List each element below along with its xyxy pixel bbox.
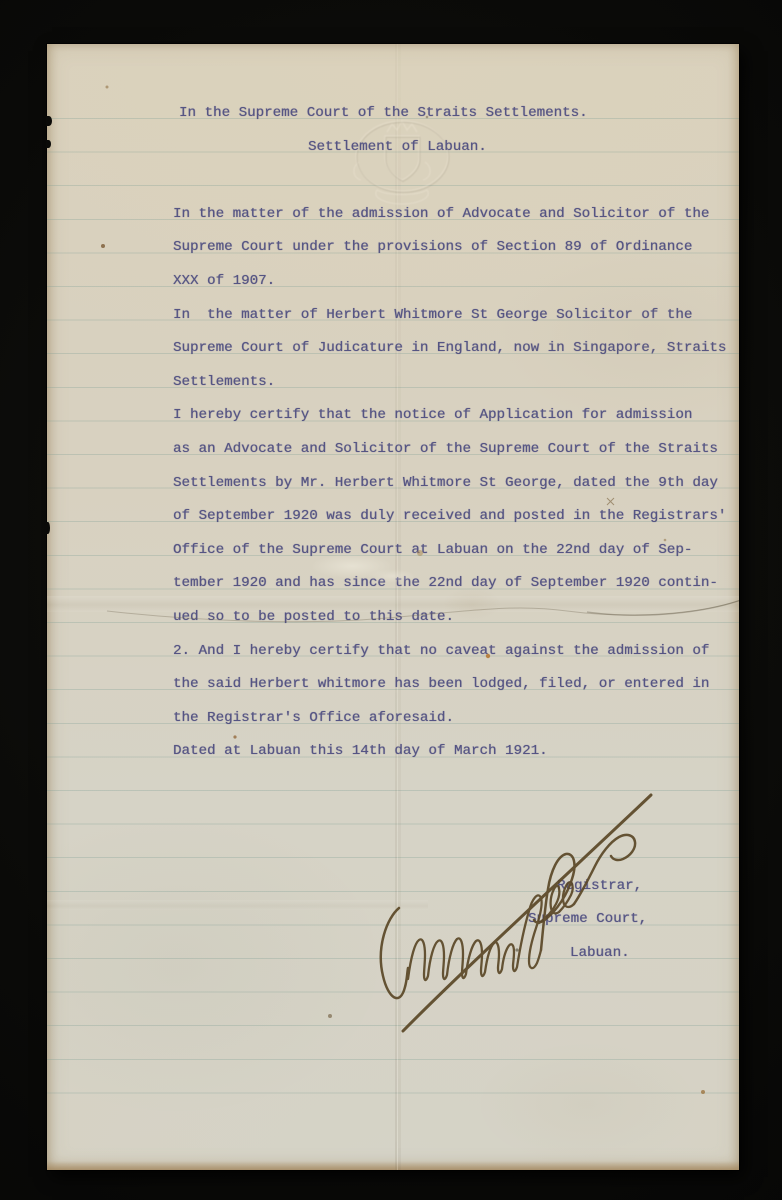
typed-line-body: In the matter of the admission of Advoca… xyxy=(173,207,709,221)
typed-line-body: 2. And I hereby certify that no caveat a… xyxy=(173,644,709,658)
typed-line-body: as an Advocate and Solicitor of the Supr… xyxy=(173,442,718,456)
typed-line-heading: Settlement of Labuan. xyxy=(308,140,487,154)
typed-line-body: the Registrar's Office aforesaid. xyxy=(173,711,454,725)
typed-line-body: ued so to be posted to this date. xyxy=(173,610,454,624)
document-page: In the Supreme Court of the Straits Sett… xyxy=(47,44,739,1170)
typed-line-body: In the matter of Herbert Whitmore St Geo… xyxy=(173,308,692,322)
typed-line-signature_block: Registrar, xyxy=(557,879,642,893)
typed-text-layer: In the Supreme Court of the Straits Sett… xyxy=(47,44,739,1170)
typed-line-signature_block: Supreme Court, xyxy=(528,912,647,926)
typed-line-body: Supreme Court under the provisions of Se… xyxy=(173,240,692,254)
typed-line-body: of September 1920 was duly received and … xyxy=(173,509,726,523)
typed-line-body: tember 1920 and has since the 22nd day o… xyxy=(173,576,718,590)
typed-line-signature_block: Labuan. xyxy=(570,946,630,960)
typed-line-body: XXX of 1907. xyxy=(173,274,275,288)
typed-line-body: I hereby certify that the notice of Appl… xyxy=(173,408,692,422)
typed-line-heading: In the Supreme Court of the Straits Sett… xyxy=(179,106,588,120)
typed-line-body: Dated at Labuan this 14th day of March 1… xyxy=(173,744,548,758)
typed-line-body: Settlements by Mr. Herbert Whitmore St G… xyxy=(173,476,718,490)
typed-line-body: Office of the Supreme Court at Labuan on… xyxy=(173,543,692,557)
typed-line-body: Settlements. xyxy=(173,375,275,389)
typed-line-body: Supreme Court of Judicature in England, … xyxy=(173,341,726,355)
typed-line-body: the said Herbert whitmore has been lodge… xyxy=(173,677,709,691)
photo-background: In the Supreme Court of the Straits Sett… xyxy=(0,0,782,1200)
